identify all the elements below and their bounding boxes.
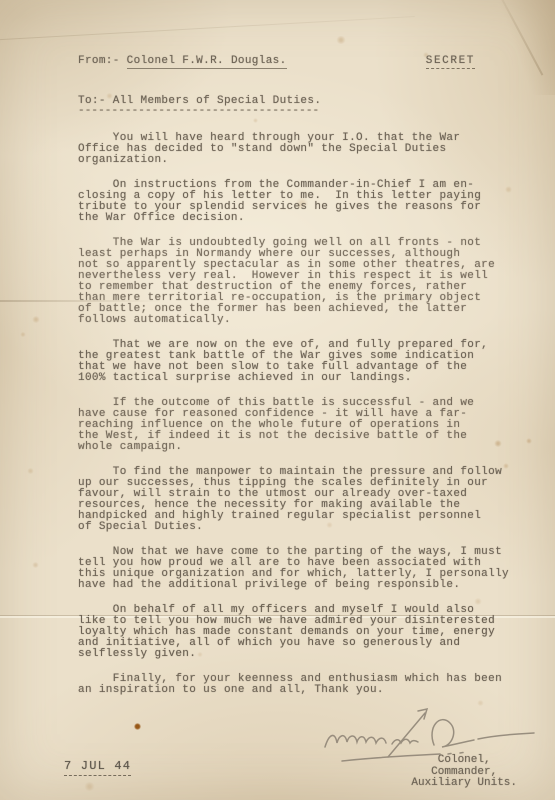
paragraph: On instructions from the Commander-in-Ch…	[78, 180, 509, 224]
paragraph: On behalf of all my officers and myself …	[78, 605, 509, 660]
signoff-rank: Colonel,	[411, 755, 517, 767]
from-line: From:- Colonel F.W.R. Douglas.	[78, 56, 287, 67]
paragraph: Now that we have come to the parting of …	[78, 547, 509, 591]
signoff-unit: Auxiliary Units.	[411, 778, 517, 790]
from-label: From:-	[78, 55, 120, 67]
classification-stamp: SECRET	[426, 56, 475, 69]
to-underline: ------------------------------------	[78, 106, 509, 117]
letter-header: From:- Colonel F.W.R. Douglas. SECRET	[78, 56, 509, 69]
letter-content: From:- Colonel F.W.R. Douglas. SECRET To…	[0, 0, 555, 710]
paragraph: You will have heard through your I.O. th…	[78, 133, 509, 166]
date-stamp: 7 JUL 44	[64, 759, 131, 776]
paragraph: If the outcome of this battle is success…	[78, 398, 509, 453]
paragraph: To find the manpower to maintain the pre…	[78, 467, 509, 533]
letter-page: From:- Colonel F.W.R. Douglas. SECRET To…	[0, 0, 555, 800]
foxing-stain	[84, 782, 95, 791]
from-name: Colonel F.W.R. Douglas.	[127, 55, 287, 69]
foxing-stain	[134, 723, 141, 730]
letter-body: You will have heard through your I.O. th…	[78, 133, 509, 696]
signature-block: Colonel, Commander, Auxiliary Units.	[411, 755, 517, 790]
paragraph: Finally, for your keenness and enthusias…	[78, 674, 509, 696]
paragraph: That we are now on the eve of, and fully…	[78, 340, 509, 384]
paragraph: The War is undoubtedly going well on all…	[78, 238, 509, 326]
